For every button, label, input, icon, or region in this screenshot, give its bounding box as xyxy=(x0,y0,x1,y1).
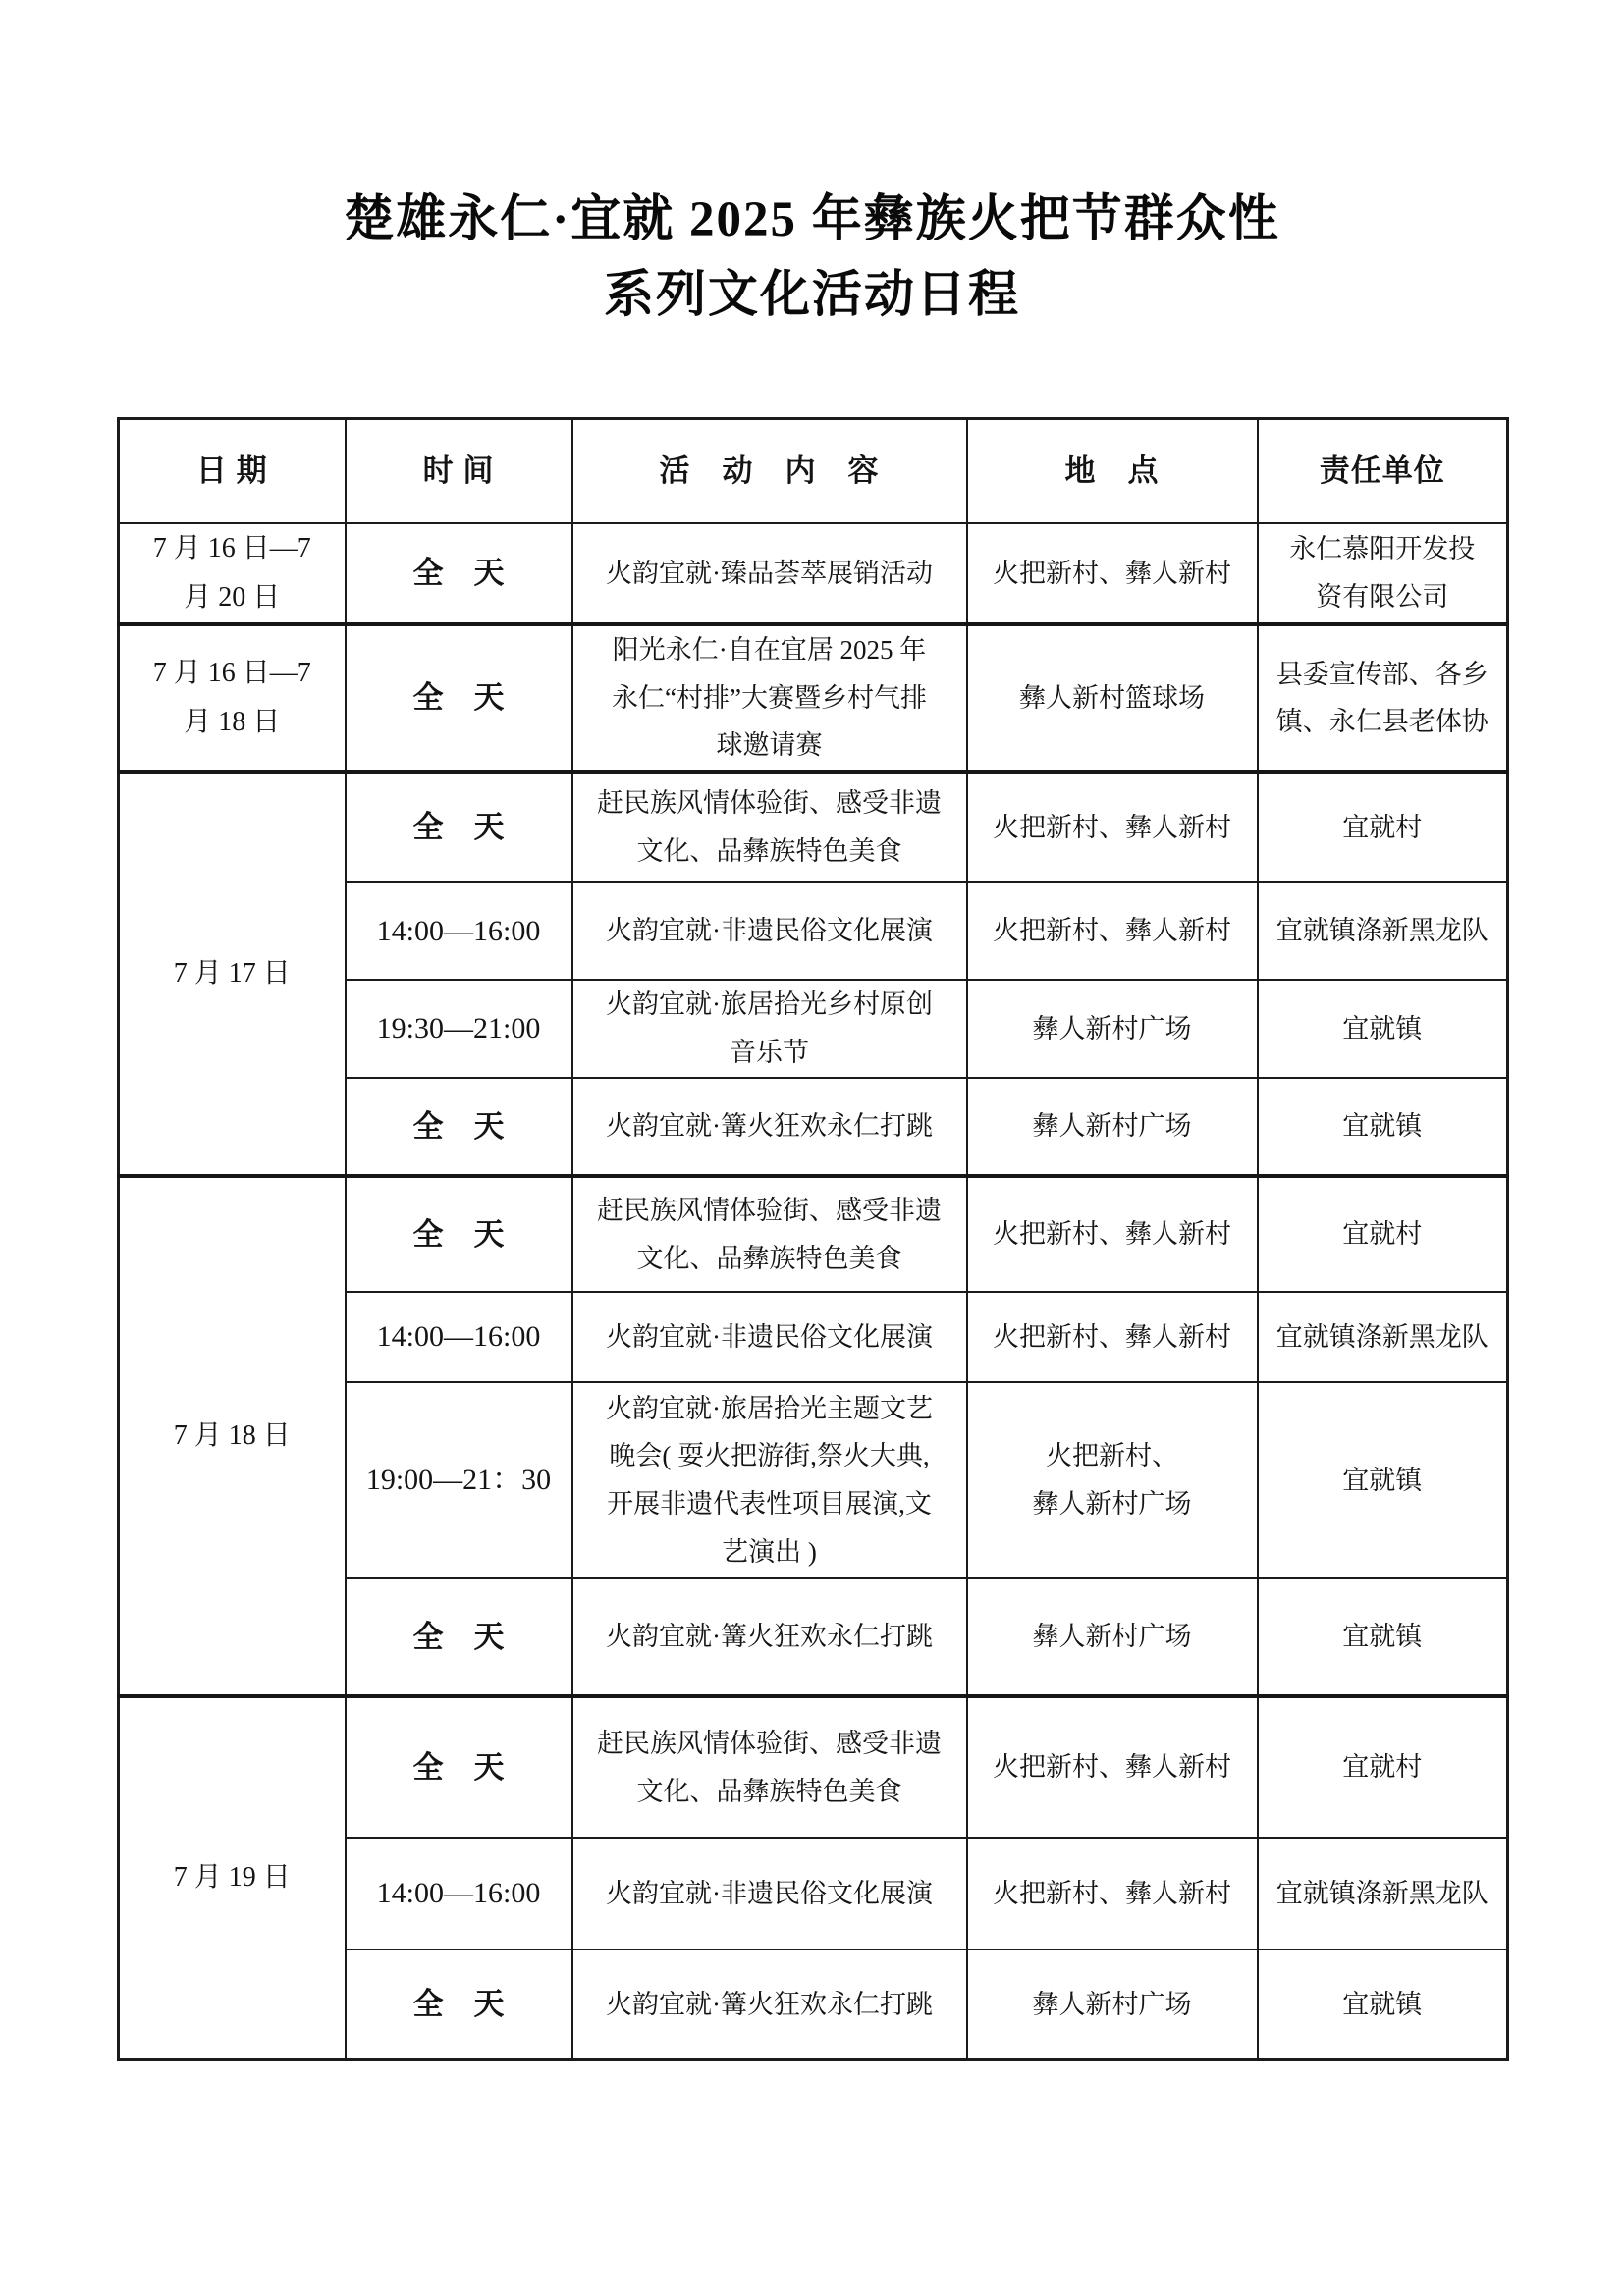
time-cell: 全 天 xyxy=(346,772,572,882)
schedule-row: 7 月 18 日 全 天 赶民族风情体验街、感受非遗 文化、品彝族特色美食 火把… xyxy=(119,1176,1508,1292)
document-title-line2: 系列文化活动日程 xyxy=(0,258,1624,334)
unit-cell: 宜就镇涤新黑龙队 xyxy=(1258,1292,1508,1382)
date-cell: 7 月 16 日—7 月 18 日 xyxy=(119,624,346,772)
location-cell: 彝人新村篮球场 xyxy=(967,624,1258,772)
schedule-row: 7 月 16 日—7 月 18 日 全 天 阳光永仁·自在宜居 2025 年 永… xyxy=(119,624,1508,772)
date-cell: 7 月 17 日 xyxy=(119,772,346,1176)
time-cell: 全 天 xyxy=(346,1176,572,1292)
activity-cell: 火韵宜就·旅居拾光乡村原创 音乐节 xyxy=(572,980,967,1078)
location-cell: 火把新村、 彝人新村广场 xyxy=(967,1382,1258,1578)
time-cell: 全 天 xyxy=(346,1078,572,1176)
location-cell: 彝人新村广场 xyxy=(967,980,1258,1078)
unit-cell: 宜就村 xyxy=(1258,1176,1508,1292)
time-cell: 14:00—16:00 xyxy=(346,1838,572,1949)
col-header-date: 日 期 xyxy=(119,419,346,523)
schedule-row: 7 月 16 日—7 月 20 日 全 天 火韵宜就·臻品荟萃展销活动 火把新村… xyxy=(119,523,1508,625)
activity-cell: 赶民族风情体验街、感受非遗 文化、品彝族特色美食 xyxy=(572,772,967,882)
date-cell: 7 月 18 日 xyxy=(119,1176,346,1696)
unit-cell: 宜就镇 xyxy=(1258,1949,1508,2059)
col-header-time: 时 间 xyxy=(346,419,572,523)
unit-cell: 宜就镇 xyxy=(1258,1382,1508,1578)
activity-cell: 火韵宜就·篝火狂欢永仁打跳 xyxy=(572,1578,967,1696)
time-cell: 14:00—16:00 xyxy=(346,1292,572,1382)
document-page: 楚雄永仁·宜就 2025 年彝族火把节群众性 系列文化活动日程 日 期 时 间 … xyxy=(0,0,1624,2296)
location-cell: 火把新村、彝人新村 xyxy=(967,1838,1258,1949)
schedule-row: 7 月 19 日 全 天 赶民族风情体验街、感受非遗 文化、品彝族特色美食 火把… xyxy=(119,1696,1508,1838)
unit-cell: 宜就镇涤新黑龙队 xyxy=(1258,1838,1508,1949)
schedule-row: 7 月 17 日 全 天 赶民族风情体验街、感受非遗 文化、品彝族特色美食 火把… xyxy=(119,772,1508,882)
unit-cell: 宜就镇涤新黑龙队 xyxy=(1258,882,1508,980)
unit-cell: 宜就镇 xyxy=(1258,980,1508,1078)
activity-cell: 赶民族风情体验街、感受非遗 文化、品彝族特色美食 xyxy=(572,1176,967,1292)
date-cell: 7 月 19 日 xyxy=(119,1696,346,2059)
header-row: 日 期 时 间 活 动 内 容 地 点 责任单位 xyxy=(119,419,1508,523)
activity-cell: 火韵宜就·非遗民俗文化展演 xyxy=(572,1292,967,1382)
schedule-table: 日 期 时 间 活 动 内 容 地 点 责任单位 7 月 16 日—7 月 20… xyxy=(117,417,1509,2061)
unit-cell: 宜就村 xyxy=(1258,772,1508,882)
location-cell: 火把新村、彝人新村 xyxy=(967,1696,1258,1838)
document-title-line1: 楚雄永仁·宜就 2025 年彝族火把节群众性 xyxy=(0,183,1624,258)
unit-cell: 永仁慕阳开发投 资有限公司 xyxy=(1258,523,1508,625)
activity-cell: 赶民族风情体验街、感受非遗 文化、品彝族特色美食 xyxy=(572,1696,967,1838)
unit-cell: 宜就镇 xyxy=(1258,1078,1508,1176)
col-header-activity: 活 动 内 容 xyxy=(572,419,967,523)
location-cell: 火把新村、彝人新村 xyxy=(967,1292,1258,1382)
activity-cell: 火韵宜就·臻品荟萃展销活动 xyxy=(572,523,967,625)
location-cell: 彝人新村广场 xyxy=(967,1078,1258,1176)
location-cell: 彝人新村广场 xyxy=(967,1949,1258,2059)
activity-cell: 火韵宜就·非遗民俗文化展演 xyxy=(572,1838,967,1949)
document-title: 楚雄永仁·宜就 2025 年彝族火把节群众性 系列文化活动日程 xyxy=(0,183,1624,334)
activity-cell: 火韵宜就·篝火狂欢永仁打跳 xyxy=(572,1949,967,2059)
col-header-unit: 责任单位 xyxy=(1258,419,1508,523)
unit-cell: 宜就村 xyxy=(1258,1696,1508,1838)
location-cell: 火把新村、彝人新村 xyxy=(967,772,1258,882)
col-header-location: 地 点 xyxy=(967,419,1258,523)
time-cell: 14:00—16:00 xyxy=(346,882,572,980)
time-cell: 19:30—21:00 xyxy=(346,980,572,1078)
unit-cell: 县委宣传部、各乡 镇、永仁县老体协 xyxy=(1258,624,1508,772)
activity-cell: 火韵宜就·篝火狂欢永仁打跳 xyxy=(572,1078,967,1176)
time-cell: 全 天 xyxy=(346,1696,572,1838)
activity-cell: 阳光永仁·自在宜居 2025 年 永仁“村排”大赛暨乡村气排 球邀请赛 xyxy=(572,624,967,772)
location-cell: 火把新村、彝人新村 xyxy=(967,523,1258,625)
location-cell: 彝人新村广场 xyxy=(967,1578,1258,1696)
location-cell: 火把新村、彝人新村 xyxy=(967,882,1258,980)
activity-cell: 火韵宜就·非遗民俗文化展演 xyxy=(572,882,967,980)
time-cell: 全 天 xyxy=(346,1578,572,1696)
time-cell: 19:00—21：30 xyxy=(346,1382,572,1578)
location-cell: 火把新村、彝人新村 xyxy=(967,1176,1258,1292)
unit-cell: 宜就镇 xyxy=(1258,1578,1508,1696)
time-cell: 全 天 xyxy=(346,523,572,625)
date-cell: 7 月 16 日—7 月 20 日 xyxy=(119,523,346,625)
time-cell: 全 天 xyxy=(346,1949,572,2059)
time-cell: 全 天 xyxy=(346,624,572,772)
activity-cell: 火韵宜就·旅居拾光主题文艺 晚会( 耍火把游街,祭火大典, 开展非遗代表性项目展… xyxy=(572,1382,967,1578)
